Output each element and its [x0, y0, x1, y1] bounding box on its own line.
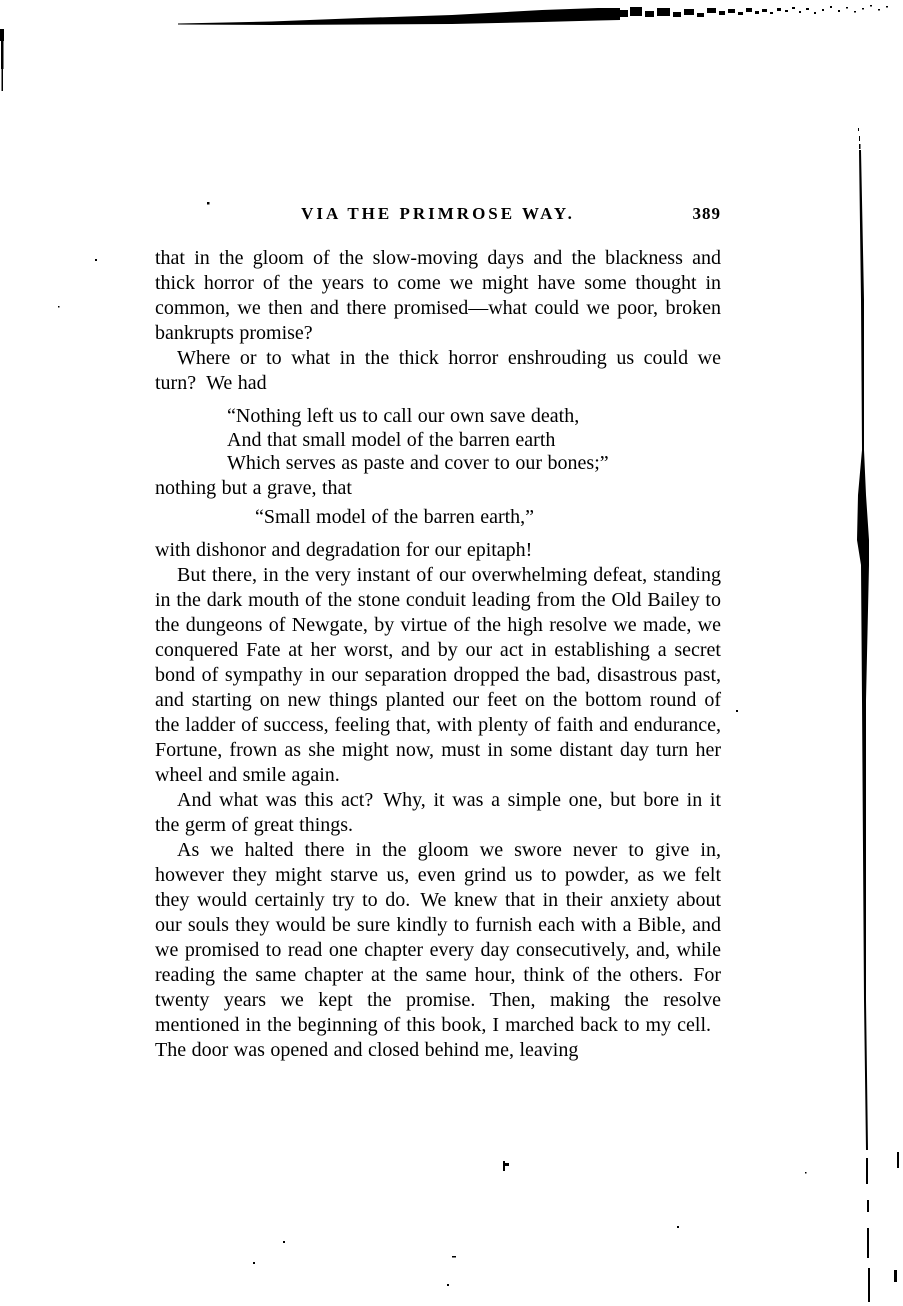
paragraph-6: And what was this act? Why, it was a sim… — [155, 788, 721, 838]
verse-quote-2: “Small model of the barren earth,” — [255, 506, 721, 530]
paragraph-1: that in the gloom of the slow-moving day… — [155, 246, 721, 346]
top-edge-scan-artifact — [178, 5, 888, 25]
paragraph-2: Where or to what in the thick horror ens… — [155, 346, 721, 396]
verse-quote-1: “Nothing left us to call our own save de… — [227, 405, 721, 476]
page-body: that in the gloom of the slow-moving day… — [155, 246, 721, 1063]
scanned-book-page: VIA THE PRIMROSE WAY. 389 that in the gl… — [0, 0, 903, 1306]
running-title: VIA THE PRIMROSE WAY. — [155, 204, 721, 224]
paragraph-5: But there, in the very instant of our ov… — [155, 563, 721, 788]
page-header: VIA THE PRIMROSE WAY. 389 — [155, 204, 721, 230]
verse-line-2: And that small model of the barren earth — [227, 429, 721, 453]
right-edge-scan-artifact — [857, 128, 899, 1302]
verse-line-3: Which serves as paste and cover to our b… — [227, 452, 721, 476]
page-number: 389 — [693, 204, 722, 224]
paragraph-7: As we halted there in the gloom we swore… — [155, 838, 721, 1063]
verse-line-1: “Nothing left us to call our own save de… — [227, 405, 721, 429]
paragraph-4: with dishonor and degradation for our ep… — [155, 538, 721, 563]
left-edge-scan-artifact — [0, 29, 4, 91]
paragraph-3: nothing but a grave, that — [155, 476, 721, 501]
